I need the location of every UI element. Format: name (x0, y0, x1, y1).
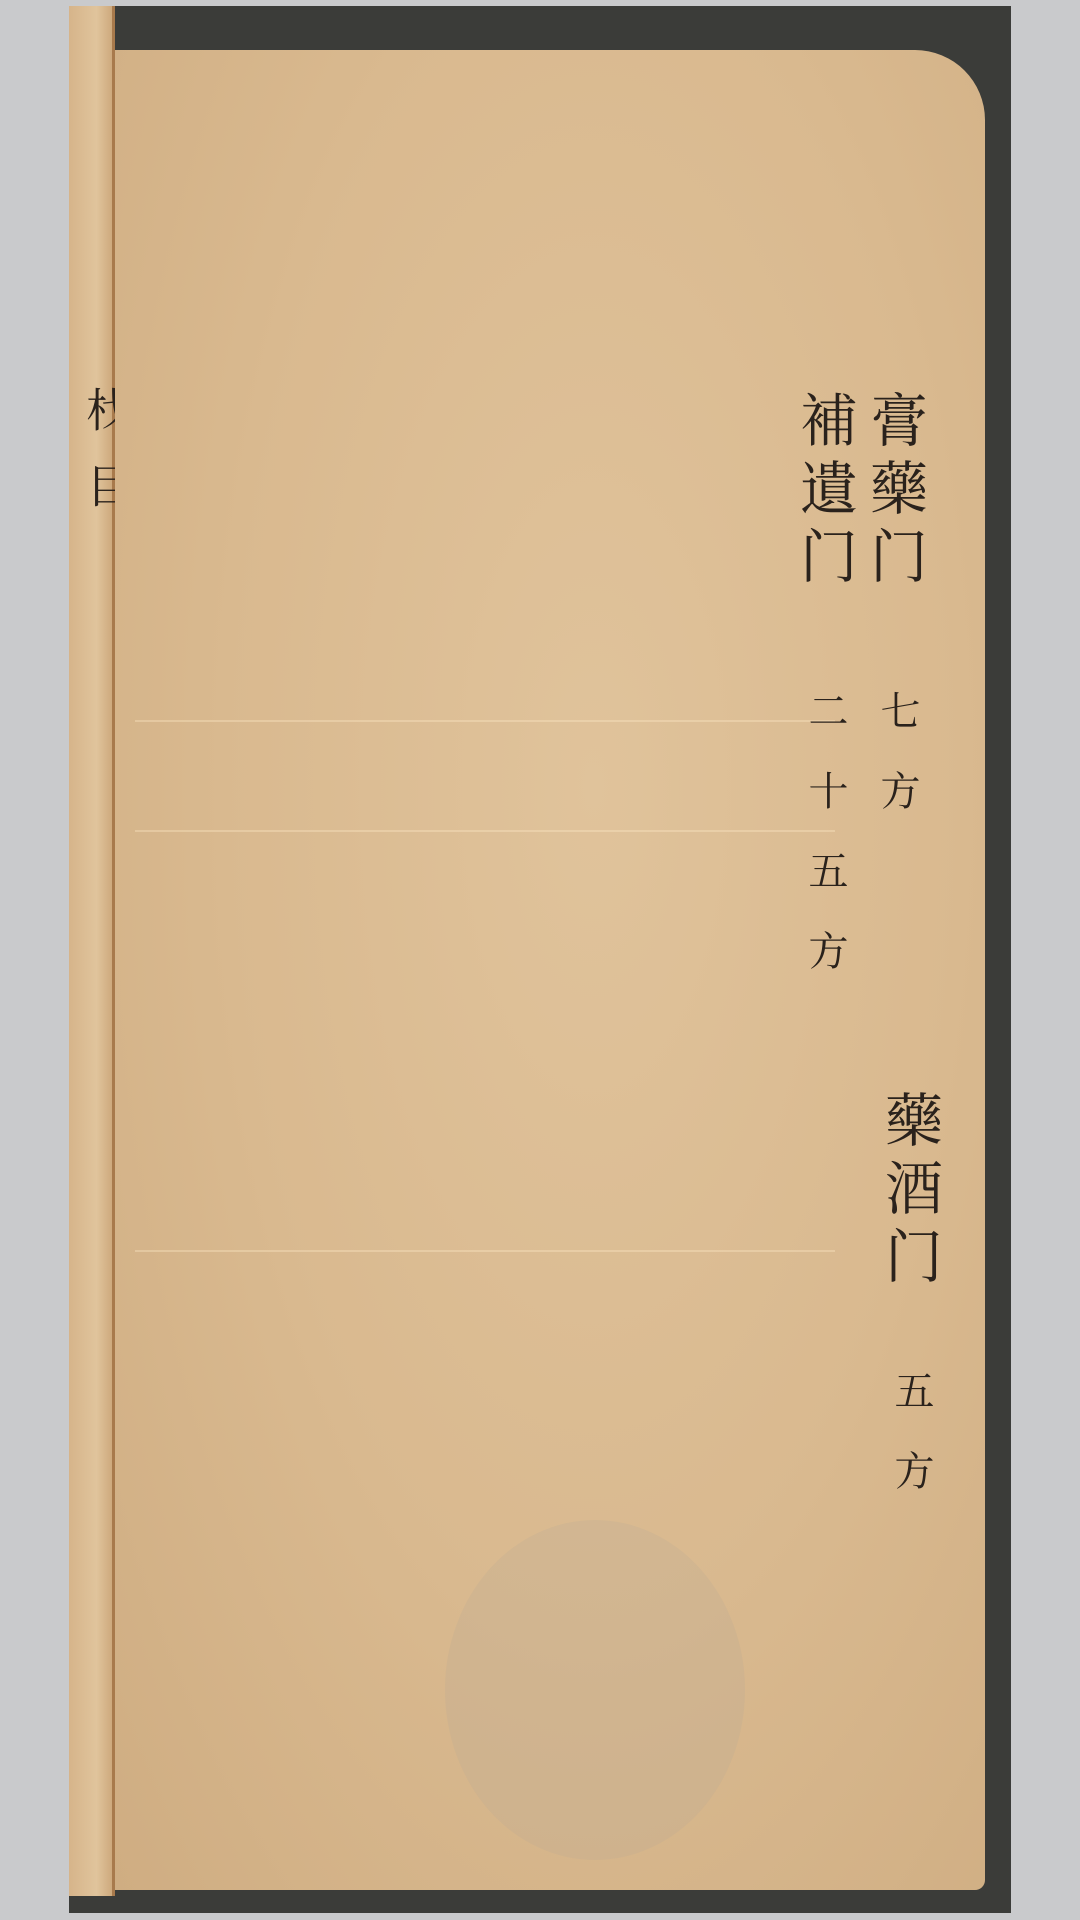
entry-title-3: 藥酒门 (880, 1090, 938, 1294)
previous-leaf-edge: 𣏾目 (69, 6, 115, 1896)
scanned-book-spread: 𣏾目 膏藥门 七方 補遺门 二十五方 藥酒门 五方 (69, 6, 1011, 1913)
entry-count-3: 五方 (891, 1370, 931, 1530)
manuscript-page: 膏藥门 七方 補遺门 二十五方 藥酒门 五方 (115, 50, 985, 1890)
paper-crease (135, 1250, 835, 1252)
water-stain (445, 1520, 745, 1860)
entry-count-1: 七方 (877, 690, 917, 850)
entry-count-2: 二十五方 (805, 690, 845, 1010)
entry-title-2: 補遺门 (795, 390, 853, 594)
entry-title-1: 膏藥门 (865, 390, 923, 594)
paper-crease (135, 830, 835, 832)
paper-crease (135, 720, 835, 722)
